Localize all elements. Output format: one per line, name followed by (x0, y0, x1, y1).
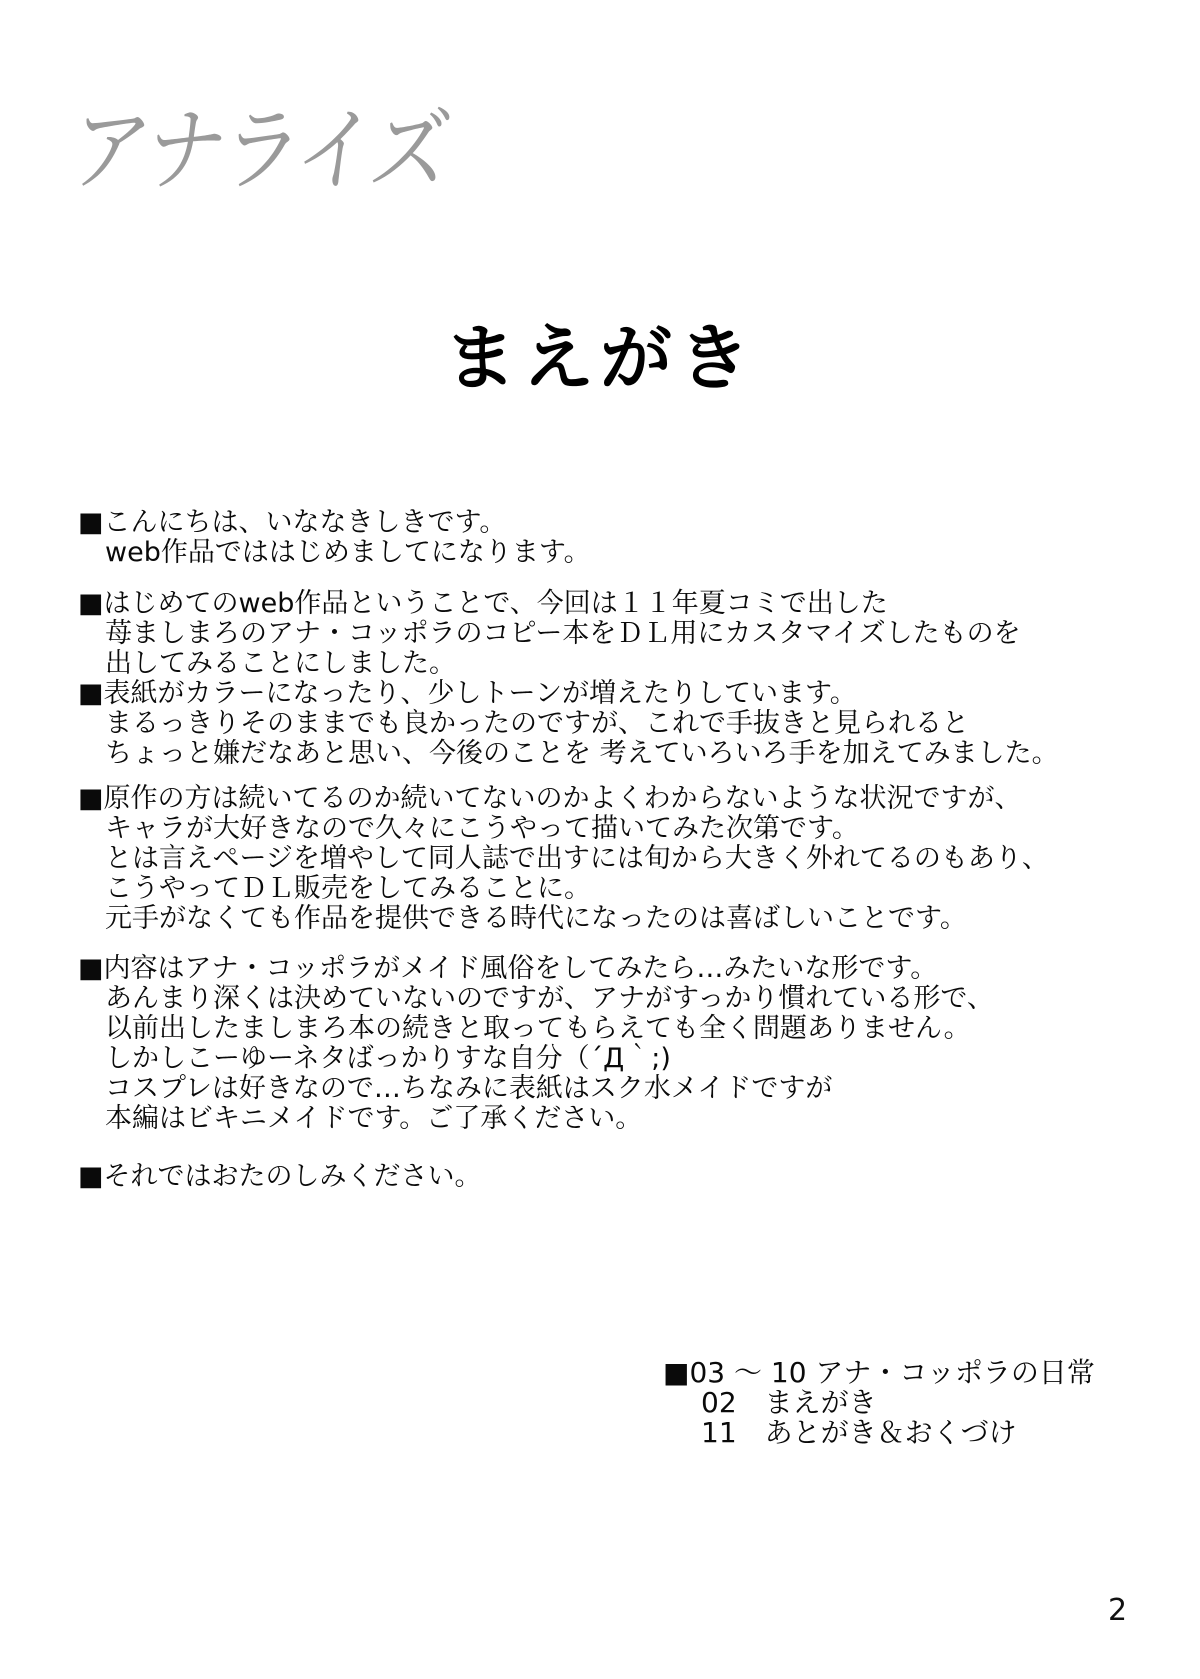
text-line: ■原作の方は続いてるのか続いてないのかよくわからないような状況ですが、 (78, 784, 1138, 814)
text-line: コスプレは好きなので…ちなみに表紙はスク水メイドですが (78, 1074, 1138, 1104)
text-line: ■表紙がカラーになったり、少しトーンが増えたりしています。 (78, 679, 1138, 709)
text-line: ■内容はアナ・コッポラがメイド風俗をしてみたら…みたいな形です。 (78, 954, 1138, 984)
text-line: web作品でははじめましてになります。 (78, 538, 1138, 568)
paragraph-cover-changes: ■表紙がカラーになったり、少しトーンが増えたりしています。 まるっきりそのままで… (78, 679, 1138, 769)
page-number: 2 (1108, 1593, 1127, 1628)
toc-entry: 11 あとがき＆おくづけ (663, 1418, 1095, 1448)
text-line: ちょっと嫌だなあと思い、今後のことを 考えていろいろ手を加えてみました。 (78, 739, 1138, 769)
text-line: こうやってＤＬ販売をしてみることに。 (78, 874, 1138, 904)
text-line: あんまり深くは決めていないのですが、アナがすっかり慣れている形で、 (78, 984, 1138, 1014)
text-line: 出してみることにしました。 (78, 649, 1138, 679)
toc-entry: ■03 ～ 10 アナ・コッポラの日常 (663, 1358, 1095, 1388)
document-page: アナライズ まえがき ■こんにちは、いななきしきです。 web作品でははじめまし… (0, 0, 1200, 1679)
text-line: まるっきりそのままでも良かったのですが、これで手抜きと見られると (78, 709, 1138, 739)
text-line: キャラが大好きなので久々にこうやって描いてみた次第です。 (78, 814, 1138, 844)
toc-entry: 02 まえがき (663, 1388, 1095, 1418)
text-line: 苺ましまろのアナ・コッポラのコピー本をＤＬ用にカスタマイズしたものを (78, 619, 1138, 649)
text-line: とは言えページを増やして同人誌で出すには旬から大きく外れてるのもあり、 (78, 844, 1138, 874)
text-line: 元手がなくても作品を提供できる時代になったのは喜ばしいことです。 (78, 904, 1138, 934)
text-line: ■はじめてのweb作品ということで、今回は１１年夏コミで出した (78, 589, 1138, 619)
text-line: しかしこーゆーネタばっかりすな自分（´Д｀;) (78, 1044, 1138, 1074)
text-line: 本編はビキニメイドです。ご了承ください。 (78, 1104, 1138, 1134)
table-of-contents: ■03 ～ 10 アナ・コッポラの日常 02 まえがき 11 あとがき＆おくづけ (663, 1358, 1095, 1448)
paragraph-greeting: ■こんにちは、いななきしきです。 web作品でははじめましてになります。 (78, 508, 1138, 568)
paragraph-first-web-work: ■はじめてのweb作品ということで、今回は１１年夏コミで出した 苺ましまろのアナ… (78, 589, 1138, 679)
text-line: ■それではおたのしみください。 (78, 1162, 1138, 1192)
series-title: アナライズ (64, 96, 453, 206)
paragraph-closing: ■それではおたのしみください。 (78, 1162, 1138, 1192)
paragraph-original-series: ■原作の方は続いてるのか続いてないのかよくわからないような状況ですが、 キャラが… (78, 784, 1138, 934)
paragraph-content-description: ■内容はアナ・コッポラがメイド風俗をしてみたら…みたいな形です。 あんまり深くは… (78, 954, 1138, 1134)
page-title: まえがき (0, 300, 1200, 404)
foreword-body: ■こんにちは、いななきしきです。 web作品でははじめましてになります。 ■はじ… (78, 508, 1138, 1192)
text-line: ■こんにちは、いななきしきです。 (78, 508, 1138, 538)
text-line: 以前出したましまろ本の続きと取ってもらえても全く問題ありません。 (78, 1014, 1138, 1044)
